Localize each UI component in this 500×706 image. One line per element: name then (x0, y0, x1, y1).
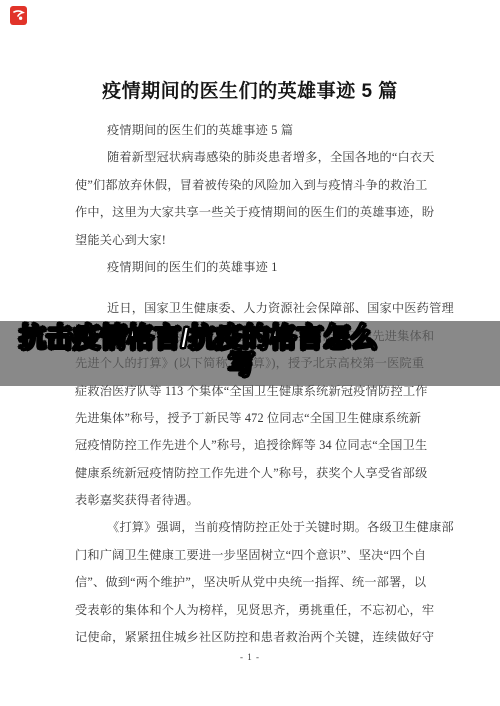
logo-icon (12, 9, 25, 22)
text-line: 疫情期间的医生们的英雄事迹 1 (75, 254, 431, 281)
watermark-title-line2: 写 (228, 350, 255, 380)
text-line: 冠疫情防控工作先进个人”称号，追授徐辉等 34 位同志“全国卫生 (75, 432, 431, 459)
text-line: 望能关心到大家! (75, 227, 431, 254)
text-line: 作中，这里为大家共享一些关于疫情期间的医生们的英雄事迹，盼 (75, 199, 431, 226)
text-line: 信”、做到“两个维护”，坚决听从党中央统一指挥、统一部署，以 (75, 569, 431, 596)
text-line: 门和广阔卫生健康工要进一步坚固树立“四个意识”、坚决“四个自 (75, 542, 431, 569)
page-number: - 1 - (0, 652, 500, 662)
text-line: 受表彰的集体和个人为榜样，见贤思齐，勇挑重任，不忘初心，牢 (75, 597, 431, 624)
watermark-title-line1: 抗击疫情格言/抗疫的格言怎么 (19, 323, 378, 353)
text-line: 疫情期间的医生们的英雄事迹 5 篇 (75, 117, 431, 144)
text-line: 《打算》强调，当前疫情防控正处于关键时期。各级卫生健康部 (75, 514, 431, 541)
text-line: 近日，国家卫生健康委、人力资源社会保障部、国家中医药管理 (75, 295, 431, 322)
text-line: 先进集体”称号，授予丁新民等 472 位同志“全国卫生健康系统新 (75, 405, 431, 432)
text-line: 使”们都放弃休假，冒着被传染的风险加入到与疫情斗争的救治工 (75, 172, 431, 199)
document-page: 疫情期间的医生们的英雄事迹 5 篇 疫情期间的医生们的英雄事迹 5 篇 随着新型… (0, 0, 500, 706)
text-line: 表彰嘉奖获得者待遇。 (75, 487, 431, 514)
text-line: 健康系统新冠疫情防控工作先进个人”称号，获奖个人享受省部级 (75, 460, 431, 487)
text-line: 记使命，紧紧扭住城乡社区防控和患者救治两个关键，连续做好守 (75, 624, 431, 651)
text-line: 随着新型冠状病毒感染的肺炎患者增多，全国各地的“白衣天 (75, 144, 431, 171)
site-logo-badge (10, 6, 27, 25)
page-title: 疫情期间的医生们的英雄事迹 5 篇 (0, 76, 500, 103)
